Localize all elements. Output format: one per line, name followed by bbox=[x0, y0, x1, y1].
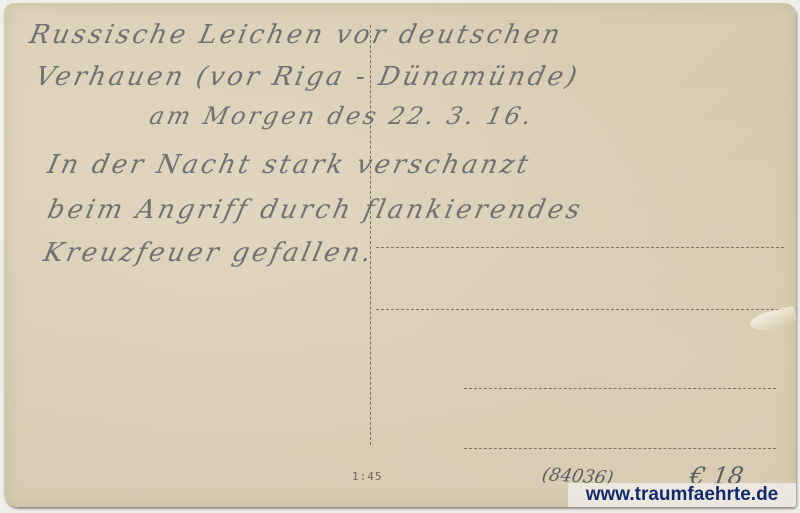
address-line-4 bbox=[464, 448, 776, 449]
handwritten-line-4: In der Nacht stark verschanzt bbox=[45, 150, 534, 180]
address-line-1 bbox=[376, 247, 784, 248]
handwritten-line-6: Kreuzfeuer gefallen. bbox=[41, 238, 377, 268]
handwritten-line-1: Russische Leichen vor deutschen bbox=[27, 20, 566, 50]
handwritten-line-5: beim Angriff durch flankierendes bbox=[45, 195, 586, 225]
handwritten-line-2: Verhauen (vor Riga - Dünamünde) bbox=[33, 62, 583, 92]
address-line-2 bbox=[376, 309, 784, 310]
address-line-3 bbox=[464, 388, 776, 389]
website-watermark: www.traumfaehrte.de bbox=[568, 483, 796, 507]
printed-code: 1:45 bbox=[352, 470, 383, 483]
handwritten-line-3: am Morgen des 22. 3. 16. bbox=[147, 102, 537, 130]
